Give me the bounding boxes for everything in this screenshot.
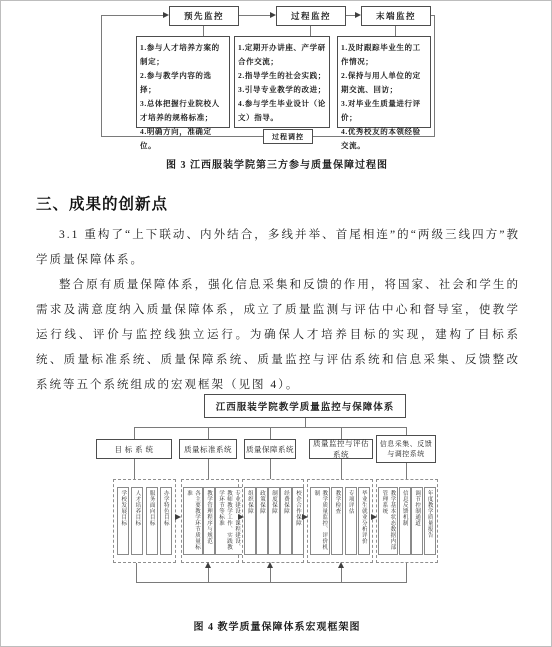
detail-item: 4.明确方向，准确定位。 [140, 125, 226, 153]
feedback-line [208, 568, 209, 582]
connector-line [203, 26, 204, 36]
detail-item: 2.保持与用人单位的定期交流、回访； [341, 69, 427, 97]
sub-item: 专项评估 [345, 487, 357, 555]
figure4-title-box: 江西服装学院教学质量监控与保障体系 [204, 394, 406, 418]
stage-label: 末端监控 [376, 10, 416, 22]
sub-item: 各主要教学环节质量标准 [183, 487, 203, 555]
flow-line [346, 15, 355, 16]
feedback-line-bottom [136, 582, 407, 583]
loop-regulation-box: 过程调控 [263, 129, 313, 144]
connector-line [134, 427, 135, 439]
sub-item: 毕业生就业分析评价 [358, 487, 370, 555]
connector-line [406, 463, 407, 479]
paragraph-2: 整合原有质量保障体系，强化信息采集和反馈的作用，将国家、社会和学生的需求及满意度… [36, 273, 520, 398]
detail-box-pre: 1.参与人才培养方案的制定； 2.参与教学内容的选择； 3.总体把握行业院校人才… [136, 36, 230, 128]
sub-item: 校企合作保障 [292, 487, 304, 555]
document-page: 预先监控 过程监控 末端监控 1.参与人才培养方案的制定； 2.参与教学内容的选… [0, 0, 552, 647]
system-box-info-feedback: 信息采集、反馈与调控系统 [376, 435, 436, 463]
section-content: 三、成果的创新点 3.1 重构了“上下联动、内外结合，多线并举、首尾相连”的“两… [36, 192, 520, 398]
loop-label: 过程调控 [272, 132, 304, 142]
connector-line [208, 459, 209, 479]
connector-line [134, 459, 135, 479]
detail-item: 2.参与教学内容的选择； [140, 69, 226, 97]
flow-line [239, 15, 270, 16]
system-box-monitor-eval: 质量监控与评估系统 [309, 439, 373, 459]
feedback-line [341, 568, 342, 582]
arrow-right-icon [270, 12, 276, 18]
arrow-right-icon [175, 514, 181, 520]
system-box-goal: 目 标 系 统 [96, 439, 172, 459]
figure4-caption: 图 4 教学质量保障体系宏观框架图 [1, 618, 552, 633]
arrow-right-icon [238, 514, 244, 520]
group-standard-items: 各主要教学环节质量标准 教学管理程序与规范 专业建设、课程建设、教师教学工作、实… [181, 479, 239, 563]
system-label: 目 标 系 统 [114, 444, 153, 455]
connector-line [341, 459, 342, 479]
connector-line [406, 427, 407, 435]
detail-item: 2.指导学生的社会实践； [238, 69, 326, 83]
sub-item: 制度保障 [268, 487, 280, 555]
detail-item: 3.总体把握行业院校人才培养的规格标准； [140, 97, 226, 125]
sub-item: 学校发展目标 [117, 487, 129, 555]
connector-line [310, 26, 311, 36]
figure4-title: 江西服装学院教学质量监控与保障体系 [216, 399, 395, 413]
loop-line-top-right [431, 15, 435, 16]
sub-item: 教学质量监控、评价机制 [310, 487, 330, 555]
system-label: 质量保障系统 [246, 444, 294, 455]
sub-item: 教学基本状态数据内部管理系统 [378, 487, 398, 555]
stage-label: 预先监控 [184, 10, 224, 22]
group-guarantee-items: 组织保障 政策保障 制度保障 经费保障 校企合作保障 [242, 479, 304, 563]
detail-item: 1.定期开办讲座、产学研合作交流； [238, 41, 326, 69]
arrow-right-icon [355, 12, 361, 18]
figure4-diagram: 江西服装学院教学质量监控与保障体系 目 标 系 统 质量标准系统 质量保障系统 … [1, 386, 552, 647]
sub-item: 经费保障 [280, 487, 292, 555]
sub-item: 政策保障 [256, 487, 268, 555]
arrow-right-icon [302, 514, 308, 520]
figure3-diagram: 预先监控 过程监控 末端监控 1.参与人才培养方案的制定； 2.参与教学内容的选… [1, 1, 552, 179]
connector-line [395, 26, 396, 36]
sub-item: 服务面向目标 [146, 487, 158, 555]
sub-item: 教学管理程序与规范 [203, 487, 215, 555]
arrow-up-icon [267, 562, 273, 568]
stage-box-pre-monitor: 预先监控 [169, 6, 239, 26]
system-label: 信息采集、反馈与调控系统 [378, 439, 434, 459]
sub-item: 组织保障 [244, 487, 256, 555]
group-monitor-items: 教学质量监控、评价机制 教学检查 专项评估 毕业生就业分析评价 [307, 479, 373, 563]
detail-item: 3.引导专业教学的改进； [238, 83, 326, 97]
group-goal-items: 学校发展目标 人才培养目标 服务面向目标 办学特色目标 [113, 479, 176, 563]
detail-item: 4.参与学生毕业设计（论文）指导。 [238, 97, 326, 125]
arrow-up-icon [205, 562, 211, 568]
detail-box-end: 1.及时跟踪毕业生的工作情况； 2.保持与用人单位的定期交流、回访； 3.对毕业… [337, 36, 431, 128]
sub-item: 调节控制通道 [411, 487, 423, 555]
arrow-right-icon [371, 514, 377, 520]
connector-line [270, 459, 271, 479]
sub-item: 办学特色目标 [160, 487, 172, 555]
system-box-guarantee: 质量保障系统 [244, 439, 296, 459]
detail-box-process: 1.定期开办讲座、产学研合作交流； 2.指导学生的社会实践； 3.引导专业教学的… [234, 36, 330, 128]
arrow-up-icon [338, 562, 344, 568]
system-label: 质量标准系统 [184, 444, 232, 455]
detail-item: 1.参与人才培养方案的制定； [140, 41, 226, 69]
group-info-items: 教学基本状态数据内部管理系统 信息反馈机制 调节控制通道 年度教学质量报告 [376, 479, 438, 563]
sub-item: 专业建设、课程建设、教师教学工作、实践教学环节等标准 [215, 487, 243, 555]
section-heading: 三、成果的创新点 [36, 192, 520, 214]
detail-item: 1.及时跟踪毕业生的工作情况； [341, 41, 427, 69]
stage-box-end-monitor: 末端监控 [361, 6, 431, 26]
connector-line [270, 427, 271, 439]
feedback-line [406, 563, 407, 582]
loop-line-right [434, 15, 435, 136]
connector-line [305, 418, 306, 427]
loop-line-top-left [101, 15, 163, 16]
sub-item: 教学检查 [331, 487, 343, 555]
sub-item: 信息反馈机制 [399, 487, 411, 555]
detail-item: 4.优秀校友的本领经验交流。 [341, 125, 427, 153]
paragraph-1: 3.1 重构了“上下联动、内外结合，多线并举、首尾相连”的“两级三线四方”教学质… [36, 223, 520, 273]
system-label: 质量监控与评估系统 [311, 438, 371, 460]
sub-item: 人才培养目标 [131, 487, 143, 555]
stage-label: 过程监控 [291, 10, 331, 22]
sub-item: 年度教学质量报告 [424, 487, 436, 555]
connector-line [208, 427, 209, 439]
detail-item: 3.对毕业生质量进行评价； [341, 97, 427, 125]
feedback-line [136, 563, 137, 582]
loop-line-left [101, 15, 102, 136]
system-box-standard: 质量标准系统 [179, 439, 237, 459]
figure3-caption: 图 3 江西服装学院第三方参与质量保障过程图 [1, 156, 552, 171]
feedback-line [270, 568, 271, 582]
stage-box-process-monitor: 过程监控 [276, 6, 346, 26]
